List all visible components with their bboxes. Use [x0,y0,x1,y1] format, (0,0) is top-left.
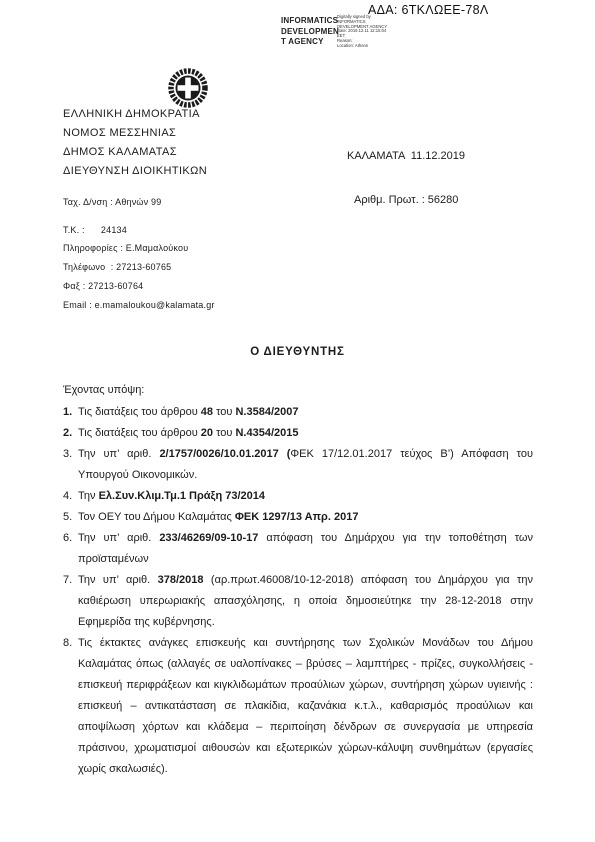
item-text: Τον ΟΕΥ του Δήμου Καλαμάτας [78,511,235,523]
contact-line: Email : e.mamaloukou@kalamata.gr [63,296,215,315]
contact-details: Ταχ. Δ/νση : Αθηνών 99Τ.Κ. : 24134Πληροφ… [63,193,215,314]
considerations-intro: Έχοντας υπόψη: [63,384,144,396]
digital-signature-agency: INFORMATICSDEVELOPMENT AGENCY [281,16,339,48]
issuing-authority: ΕΛΛΗΝΙΚΗ ΔΗΜΟΚΡΑΤΙΑΝΟΜΟΣ ΜΕΣΣΗΝΙΑΣΔΗΜΟΣ … [63,105,207,181]
item-text: Ν.4354/2015 [235,427,298,439]
contact-line: Ταχ. Δ/νση : Αθηνών 99 [63,193,215,212]
item-number: 8. [63,633,78,654]
considerations-list: 1.Τις διατάξεις του άρθρου 48 του Ν.3584… [63,402,533,780]
document-title: Ο ΔΙΕΥΘΥΝΤΗΣ [0,346,595,358]
item-text: 2/1757/0026/10.01.2017 ( [159,448,290,460]
consideration-item: 4.Την Ελ.Συν.Κλιμ.Τμ.1 Πράξη 73/2014 [63,486,533,507]
item-number: 1. [63,402,78,423]
authority-line: ΔΗΜΟΣ ΚΑΛΑΜΑΤΑΣ [63,143,207,162]
item-number: 5. [63,507,78,528]
item-text: Την υπ’ αριθ. [78,532,159,544]
authority-line: ΔΙΕΥΘΥΝΣΗ ΔΙΟΙΚΗΤΙΚΩΝ [63,162,207,181]
consideration-item: 7.Την υπ’ αριθ. 378/2018 (αρ.πρωτ.46008/… [63,570,533,633]
contact-line: Πληροφορίες : Ε.Μαμαλούκου [63,239,215,258]
authority-line: ΕΛΛΗΝΙΚΗ ΔΗΜΟΚΡΑΤΙΑ [63,105,207,124]
item-number: 2. [63,423,78,444]
item-text: 48 [201,406,213,418]
item-text: Τις διατάξεις του άρθρου [78,406,201,418]
consideration-item: 6.Την υπ’ αριθ. 233/46269/09-10-17 απόφα… [63,528,533,570]
item-text: Την υπ’ αριθ. [78,448,159,460]
contact-line: Φαξ : 27213-60764 [63,277,215,296]
item-text: 378/2018 [158,574,204,586]
item-number: 3. [63,444,78,465]
item-text: Τις διατάξεις του άρθρου [78,427,201,439]
protocol-number: Αριθμ. Πρωτ. : 56280 [354,194,465,206]
consideration-item: 2.Τις διατάξεις του άρθρου 20 του Ν.4354… [63,423,533,444]
item-number: 4. [63,486,78,507]
place-and-date: ΚΑΛΑΜΑΤΑ 11.12.2019 [347,150,465,162]
item-number: 6. [63,528,78,549]
item-text: Την υπ’ αριθ. [78,574,158,586]
digital-signature-details: Digitally signed byINFORMATICSDEVELOPMEN… [337,15,387,49]
item-number: 7. [63,570,78,591]
item-text: του [213,406,235,418]
consideration-item: 8.Τις έκτακτες ανάγκες επισκευής και συν… [63,633,533,780]
item-text: Ελ.Συν.Κλιμ.Τμ.1 Πράξη 73/2014 [99,490,265,502]
stamp-agency-line: DEVELOPMEN [281,27,339,38]
consideration-item: 5.Τον ΟΕΥ του Δήμου Καλαμάτας ΦΕΚ 1297/1… [63,507,533,528]
greek-coat-of-arms-icon [168,67,208,109]
document-page: ΑΔΑ: 6ΤΚΛΩΕΕ-78Λ INFORMATICSDEVELOPMENT … [0,0,595,842]
contact-line: Τηλέφωνο : 27213-60765 [63,258,215,277]
stamp-signature-line: Location: Athens [337,44,387,49]
contact-line: Τ.Κ. : 24134 [63,221,215,240]
stamp-agency-line: INFORMATICS [281,16,339,27]
stamp-agency-line: T AGENCY [281,37,339,48]
authority-line: ΝΟΜΟΣ ΜΕΣΣΗΝΙΑΣ [63,124,207,143]
item-text: του [213,427,235,439]
item-text: 233/46269/09-10-17 [159,532,258,544]
item-text: 20 [201,427,213,439]
item-text: Τις έκτακτες ανάγκες επισκευής και συντή… [78,637,533,775]
consideration-item: 3.Την υπ’ αριθ. 2/1757/0026/10.01.2017 (… [63,444,533,486]
item-text: ΦΕΚ 1297/13 Απρ. 2017 [235,511,359,523]
consideration-item: 1.Τις διατάξεις του άρθρου 48 του Ν.3584… [63,402,533,423]
date-protocol-block: ΚΑΛΑΜΑΤΑ 11.12.2019 Αριθμ. Πρωτ. : 56280 [347,126,465,230]
item-text: Ν.3584/2007 [235,406,298,418]
item-text: Την [78,490,99,502]
